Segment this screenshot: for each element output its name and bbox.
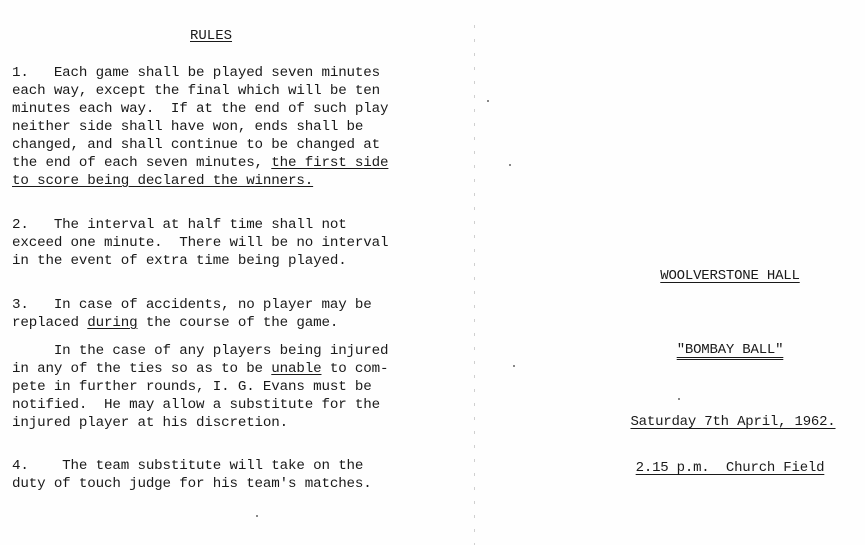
scan-speck <box>487 100 489 102</box>
rule-4-line-1: 4. The team substitute will take on the <box>12 458 363 474</box>
scan-speck <box>509 164 511 166</box>
event-time-place: 2.15 p.m. Church Field <box>600 460 860 476</box>
venue-title: WOOLVERSTONE HALL <box>600 268 860 284</box>
rule-3-line-2a: replaced <box>12 315 87 331</box>
rule-1-line-5: changed, and shall continue to be change… <box>12 137 380 153</box>
event-title: "BOMBAY BALL" <box>600 342 860 358</box>
rule-3: 3. In case of accidents, no player may b… <box>12 296 432 332</box>
injury-line-4: notified. He may allow a substitute for … <box>12 397 380 413</box>
rule-1-line-6: the end of each seven minutes, <box>12 155 271 171</box>
rule-3-line-1: 3. In case of accidents, no player may b… <box>12 297 372 313</box>
injury-underlined-unable: unable <box>271 361 321 377</box>
injury-line-2a: in any of the ties so as to be <box>12 361 271 377</box>
injury-line-2b: to com- <box>321 361 388 377</box>
rule-4-line-2: duty of touch judge for his team's match… <box>12 476 372 492</box>
rule-2-line-2: exceed one minute. There will be no inte… <box>12 235 388 251</box>
injury-line-1: In the case of any players being injured <box>12 343 388 359</box>
rule-1: 1. Each game shall be played seven minut… <box>12 64 432 190</box>
rule-1-line-1: 1. Each game shall be played seven minut… <box>12 65 380 81</box>
rule-3-injury-clause: In the case of any players being injured… <box>12 342 432 432</box>
injury-line-3: pete in further rounds, I. G. Evans must… <box>12 379 372 395</box>
scan-speck <box>513 365 515 367</box>
rule-2-line-3: in the event of extra time being played. <box>12 253 347 269</box>
rule-1-line-4: neither side shall have won, ends shall … <box>12 119 363 135</box>
rule-3-underlined-during: during <box>87 315 137 331</box>
rule-1-underlined-tail: the first side <box>271 155 388 171</box>
rule-1-underlined-line: to score being declared the winners. <box>12 173 313 189</box>
scan-speck <box>256 515 258 517</box>
rule-1-line-3: minutes each way. If at the end of such … <box>12 101 388 117</box>
rule-4: 4. The team substitute will take on the … <box>12 457 432 493</box>
rule-3-line-2b: the course of the game. <box>137 315 338 331</box>
rule-2-line-1: 2. The interval at half time shall not <box>12 217 347 233</box>
rule-2: 2. The interval at half time shall not e… <box>12 216 432 270</box>
rules-heading: RULES <box>190 28 232 44</box>
document-page: RULES 1. Each game shall be played seven… <box>0 0 865 545</box>
fold-divider <box>474 25 475 545</box>
event-date: Saturday 7th April, 1962. <box>598 414 865 430</box>
injury-line-5: injured player at his discretion. <box>12 415 288 431</box>
rule-1-line-2: each way, except the final which will be… <box>12 83 380 99</box>
scan-speck <box>678 398 680 400</box>
